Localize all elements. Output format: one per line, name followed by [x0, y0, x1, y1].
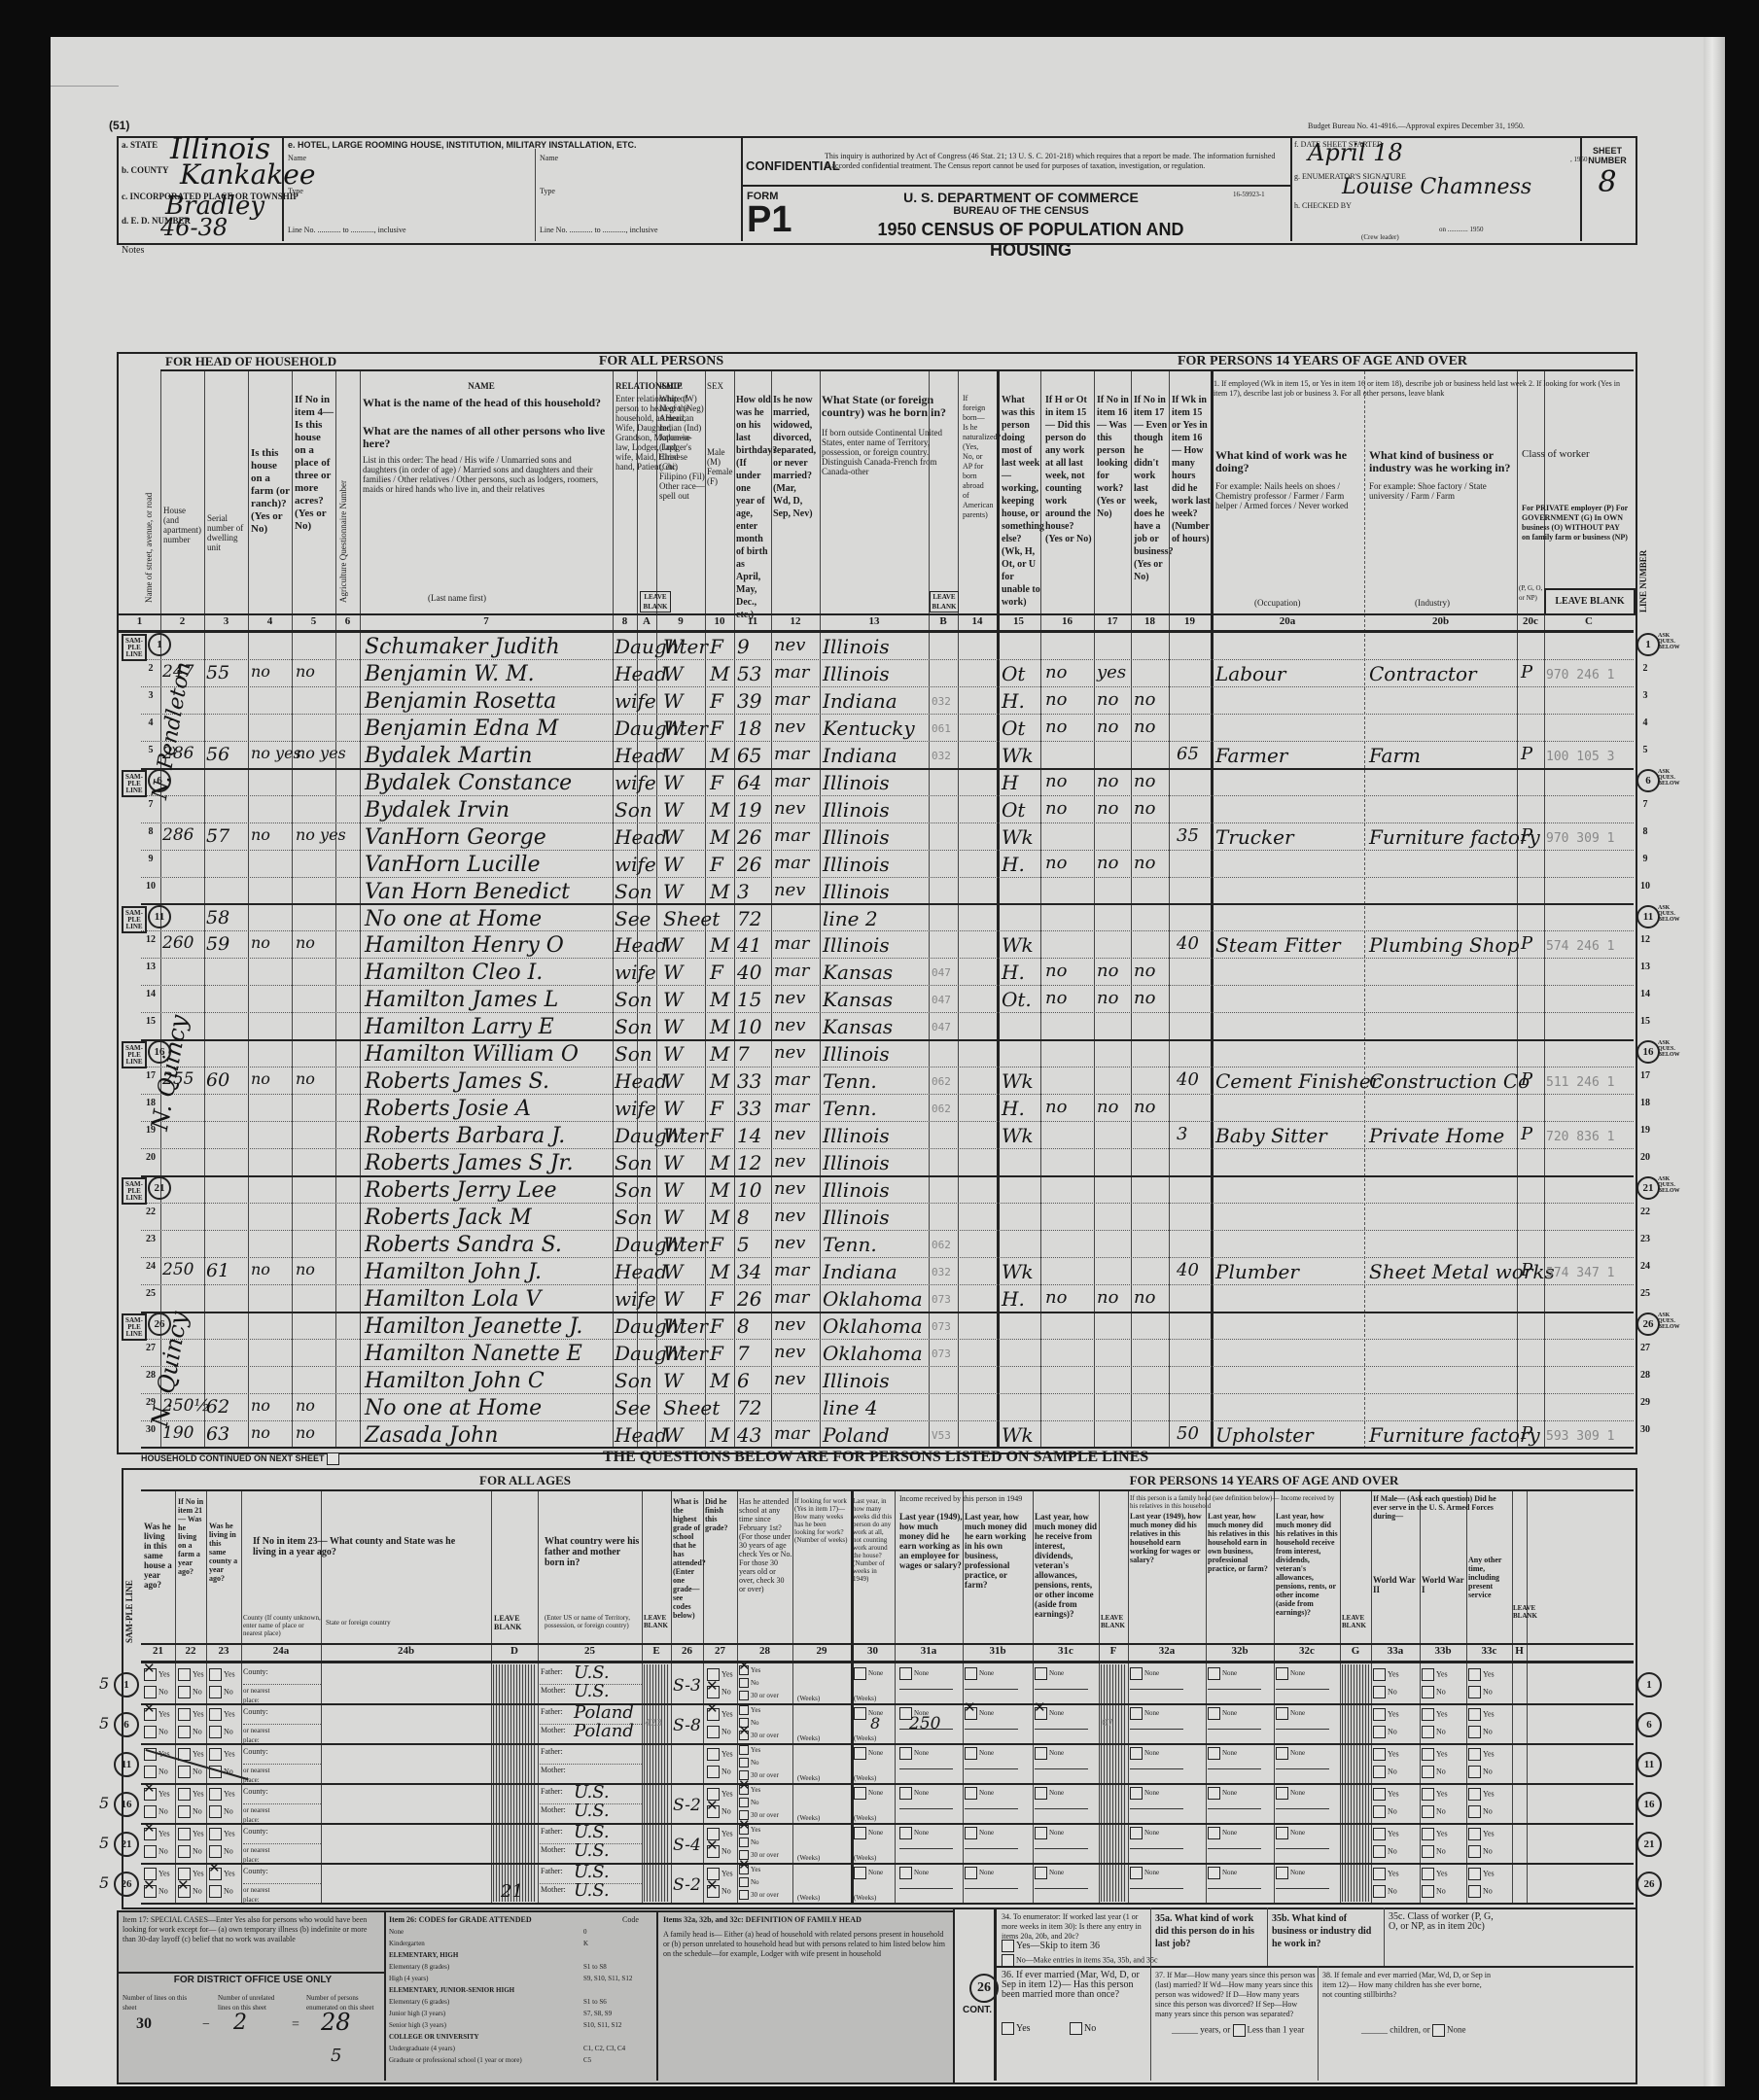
inc31b-none-checkbox[interactable]	[965, 1787, 977, 1800]
finished-yes-checkbox[interactable]	[707, 1708, 720, 1721]
armed-yes-checkbox[interactable]	[1422, 1748, 1434, 1761]
armed-no[interactable]: No	[1422, 1885, 1446, 1898]
attended-yes[interactable]: Yes	[739, 1825, 760, 1835]
i32a-none-checkbox[interactable]	[1130, 1667, 1143, 1680]
q23-no-checkbox[interactable]	[209, 1726, 222, 1738]
attended-yes-checkbox[interactable]	[739, 1705, 749, 1715]
attended-yes-checkbox[interactable]	[739, 1745, 749, 1755]
q21-no[interactable]: No	[144, 1726, 168, 1738]
attended-no-checkbox[interactable]	[739, 1798, 749, 1807]
q22-yes-checkbox[interactable]	[178, 1668, 191, 1681]
attended-yes[interactable]: Yes	[739, 1785, 760, 1795]
i32a-none[interactable]: None	[1130, 1667, 1159, 1680]
inc31c-none-checkbox[interactable]	[1035, 1667, 1047, 1680]
weeks-none-checkbox[interactable]	[854, 1827, 866, 1839]
q21-no[interactable]: No	[144, 1845, 168, 1858]
armed-yes[interactable]: Yes	[1468, 1668, 1495, 1681]
i32b-amount-line[interactable]	[1208, 1689, 1261, 1690]
armed-no-checkbox[interactable]	[1468, 1885, 1481, 1898]
q22-no[interactable]: No	[178, 1805, 202, 1818]
armed-yes[interactable]: Yes	[1422, 1708, 1448, 1721]
i32b-none[interactable]: None	[1208, 1707, 1237, 1720]
weeks-none[interactable]: None	[854, 1787, 883, 1800]
i32c-none-checkbox[interactable]	[1276, 1867, 1288, 1879]
finished-no[interactable]: No	[707, 1686, 731, 1698]
q22-yes-checkbox[interactable]	[178, 1788, 191, 1801]
armed-yes[interactable]: Yes	[1373, 1748, 1399, 1761]
armed-yes[interactable]: Yes	[1468, 1748, 1495, 1761]
armed-no[interactable]: No	[1422, 1805, 1446, 1818]
i32a-amount-line[interactable]	[1130, 1729, 1183, 1730]
armed-no-checkbox[interactable]	[1422, 1686, 1434, 1698]
i32c-amount-line[interactable]	[1276, 1729, 1329, 1730]
q23-yes-checkbox[interactable]	[209, 1708, 222, 1721]
armed-yes[interactable]: Yes	[1422, 1748, 1448, 1761]
inc31b-amount-line[interactable]	[965, 1848, 1018, 1849]
q23-yes[interactable]: Yes	[209, 1668, 235, 1681]
inc31c-none[interactable]: None	[1035, 1667, 1064, 1680]
weeks-none[interactable]: None	[854, 1747, 883, 1760]
armed-yes-checkbox[interactable]	[1468, 1708, 1481, 1721]
inc31c-none[interactable]: None	[1035, 1867, 1064, 1879]
weeks-none-checkbox[interactable]	[854, 1787, 866, 1800]
i32a-none-checkbox[interactable]	[1130, 1867, 1143, 1879]
weeks-none[interactable]: None	[854, 1867, 883, 1879]
inc31b-none-checkbox[interactable]	[965, 1667, 977, 1680]
inc31c-none-checkbox[interactable]	[1035, 1827, 1047, 1839]
armed-yes-checkbox[interactable]	[1422, 1708, 1434, 1721]
i32a-none[interactable]: None	[1130, 1787, 1159, 1800]
q23-no-checkbox[interactable]	[209, 1845, 222, 1858]
finished-no[interactable]: No	[707, 1726, 731, 1738]
armed-yes-checkbox[interactable]	[1373, 1708, 1386, 1721]
q22-yes-checkbox[interactable]	[178, 1708, 191, 1721]
inc31a-none-checkbox[interactable]	[899, 1667, 912, 1680]
q21-no[interactable]: No	[144, 1686, 168, 1698]
q22-no[interactable]: No	[178, 1885, 202, 1898]
armed-no[interactable]: No	[1468, 1766, 1493, 1778]
armed-yes[interactable]: Yes	[1468, 1788, 1495, 1801]
armed-no[interactable]: No	[1373, 1885, 1397, 1898]
armed-no-checkbox[interactable]	[1422, 1805, 1434, 1818]
q23-yes[interactable]: Yes	[209, 1868, 235, 1880]
inc31a-amount-line[interactable]	[899, 1768, 953, 1769]
q22-yes-checkbox[interactable]	[178, 1828, 191, 1840]
inc31b-amount-line[interactable]	[965, 1689, 1018, 1690]
armed-no-checkbox[interactable]	[1468, 1805, 1481, 1818]
q23-yes-checkbox[interactable]	[209, 1788, 222, 1801]
inc31c-none[interactable]: None	[1035, 1707, 1064, 1720]
armed-no[interactable]: No	[1468, 1726, 1493, 1738]
i32b-amount-line[interactable]	[1208, 1729, 1261, 1730]
armed-no[interactable]: No	[1422, 1686, 1446, 1698]
inc31c-none-checkbox[interactable]	[1035, 1747, 1047, 1760]
inc31a-none-checkbox[interactable]	[899, 1827, 912, 1839]
inc31b-none[interactable]: None	[965, 1867, 994, 1879]
attended-over30[interactable]: 30 or over	[739, 1731, 779, 1740]
q22-yes[interactable]: Yes	[178, 1668, 204, 1681]
inc31a-none-checkbox[interactable]	[899, 1787, 912, 1800]
q23-yes-checkbox[interactable]	[209, 1868, 222, 1880]
armed-yes[interactable]: Yes	[1373, 1788, 1399, 1801]
finished-no-checkbox[interactable]	[707, 1885, 720, 1898]
household-continued-checkbox[interactable]	[327, 1452, 339, 1465]
attended-no-checkbox[interactable]	[739, 1837, 749, 1847]
i32b-amount-line[interactable]	[1208, 1848, 1261, 1849]
finished-no-checkbox[interactable]	[707, 1845, 720, 1858]
finished-no[interactable]: No	[707, 1766, 731, 1778]
i32a-none-checkbox[interactable]	[1130, 1827, 1143, 1839]
q21-yes-checkbox[interactable]	[144, 1788, 157, 1801]
finished-no-checkbox[interactable]	[707, 1805, 720, 1818]
weeks-none-checkbox[interactable]	[854, 1707, 866, 1720]
armed-yes[interactable]: Yes	[1373, 1708, 1399, 1721]
inc31c-none-checkbox[interactable]	[1035, 1787, 1047, 1800]
armed-yes[interactable]: Yes	[1422, 1788, 1448, 1801]
i32a-none-checkbox[interactable]	[1130, 1707, 1143, 1720]
q23-yes[interactable]: Yes	[209, 1788, 235, 1801]
weeks-none-checkbox[interactable]	[854, 1867, 866, 1879]
inc31b-amount-line[interactable]	[965, 1888, 1018, 1889]
i32a-amount-line[interactable]	[1130, 1689, 1183, 1690]
inc31c-amount-line[interactable]	[1035, 1729, 1088, 1730]
q37-less-checkbox[interactable]	[1233, 2024, 1246, 2037]
inc31b-none-checkbox[interactable]	[965, 1867, 977, 1879]
i32a-none[interactable]: None	[1130, 1867, 1159, 1879]
q37-years-field[interactable]: ______ years, or	[1172, 2025, 1230, 2035]
attended-no[interactable]: No	[739, 1877, 759, 1887]
inc31b-none-checkbox[interactable]	[965, 1747, 977, 1760]
q21-no-checkbox[interactable]	[144, 1726, 157, 1738]
armed-yes[interactable]: Yes	[1422, 1868, 1448, 1880]
inc31c-none[interactable]: None	[1035, 1827, 1064, 1839]
i32c-none[interactable]: None	[1276, 1667, 1305, 1680]
inc31b-none-checkbox[interactable]	[965, 1707, 977, 1720]
q23-yes-checkbox[interactable]	[209, 1828, 222, 1840]
q23-yes-checkbox[interactable]	[209, 1748, 222, 1761]
attended-over30[interactable]: 30 or over	[739, 1691, 779, 1700]
armed-no[interactable]: No	[1373, 1726, 1397, 1738]
i32b-none[interactable]: None	[1208, 1747, 1237, 1760]
armed-yes-checkbox[interactable]	[1422, 1868, 1434, 1880]
weeks-none-checkbox[interactable]	[854, 1747, 866, 1760]
i32c-amount-line[interactable]	[1276, 1808, 1329, 1809]
attended-no[interactable]: No	[739, 1837, 759, 1847]
i32b-none-checkbox[interactable]	[1208, 1707, 1220, 1720]
attended-no[interactable]: No	[739, 1758, 759, 1767]
inc31b-amount-line[interactable]	[965, 1808, 1018, 1809]
armed-no-checkbox[interactable]	[1468, 1845, 1481, 1858]
armed-no[interactable]: No	[1422, 1766, 1446, 1778]
q23-no-checkbox[interactable]	[209, 1805, 222, 1818]
armed-no-checkbox[interactable]	[1422, 1845, 1434, 1858]
armed-no-checkbox[interactable]	[1468, 1726, 1481, 1738]
q38-answer[interactable]: ______ children, or None	[1361, 2024, 1465, 2037]
armed-no-checkbox[interactable]	[1422, 1885, 1434, 1898]
attended-yes[interactable]: Yes	[739, 1705, 760, 1715]
inc31a-none[interactable]: None	[899, 1747, 929, 1760]
finished-yes[interactable]: Yes	[707, 1708, 733, 1721]
armed-no[interactable]: No	[1468, 1686, 1493, 1698]
inc31c-amount-line[interactable]	[1035, 1888, 1088, 1889]
q21-yes-checkbox[interactable]	[144, 1708, 157, 1721]
inc31a-amount-line[interactable]	[899, 1808, 953, 1809]
finished-no[interactable]: No	[707, 1805, 731, 1818]
armed-yes[interactable]: Yes	[1422, 1828, 1448, 1840]
armed-no[interactable]: No	[1373, 1845, 1397, 1858]
i32a-amount-line[interactable]	[1130, 1808, 1183, 1809]
inc31b-amount-line[interactable]	[965, 1768, 1018, 1769]
armed-yes-checkbox[interactable]	[1468, 1748, 1481, 1761]
armed-no[interactable]: No	[1373, 1686, 1397, 1698]
armed-yes-checkbox[interactable]	[1373, 1828, 1386, 1840]
q23-no[interactable]: No	[209, 1845, 233, 1858]
armed-no[interactable]: No	[1373, 1766, 1397, 1778]
i32b-amount-line[interactable]	[1208, 1768, 1261, 1769]
armed-no-checkbox[interactable]	[1373, 1726, 1386, 1738]
i32b-none[interactable]: None	[1208, 1667, 1237, 1680]
finished-no[interactable]: No	[707, 1885, 731, 1898]
i32c-amount-line[interactable]	[1276, 1848, 1329, 1849]
q21-no-checkbox[interactable]	[144, 1845, 157, 1858]
armed-no[interactable]: No	[1373, 1805, 1397, 1818]
attended-yes-checkbox[interactable]	[739, 1785, 749, 1795]
armed-yes[interactable]: Yes	[1468, 1708, 1495, 1721]
q22-no-checkbox[interactable]	[178, 1726, 191, 1738]
q21-no-checkbox[interactable]	[144, 1766, 157, 1778]
q21-yes[interactable]: Yes	[144, 1788, 170, 1801]
armed-no-checkbox[interactable]	[1468, 1766, 1481, 1778]
i32a-none[interactable]: None	[1130, 1707, 1159, 1720]
armed-no-checkbox[interactable]	[1373, 1766, 1386, 1778]
q22-no-checkbox[interactable]	[178, 1766, 191, 1778]
inc31c-amount-line[interactable]	[1035, 1848, 1088, 1849]
inc31c-none[interactable]: None	[1035, 1747, 1064, 1760]
inc31a-amount-line[interactable]	[899, 1848, 953, 1849]
i32a-amount-line[interactable]	[1130, 1888, 1183, 1889]
attended-over30-checkbox[interactable]	[739, 1691, 749, 1700]
attended-over30-checkbox[interactable]	[739, 1731, 749, 1740]
armed-no-checkbox[interactable]	[1373, 1885, 1386, 1898]
attended-no-checkbox[interactable]	[739, 1758, 749, 1767]
q21-no[interactable]: No	[144, 1805, 168, 1818]
i32b-none-checkbox[interactable]	[1208, 1827, 1220, 1839]
q21-yes[interactable]: Yes	[144, 1708, 170, 1721]
q22-yes[interactable]: Yes	[178, 1708, 204, 1721]
attended-yes-checkbox[interactable]	[739, 1665, 749, 1675]
i32a-amount-line[interactable]	[1130, 1768, 1183, 1769]
inc31a-none[interactable]: None	[899, 1787, 929, 1800]
attended-over30[interactable]: 30 or over	[739, 1890, 779, 1900]
q21-no-checkbox[interactable]	[144, 1805, 157, 1818]
q22-no[interactable]: No	[178, 1686, 202, 1698]
inc31c-none-checkbox[interactable]	[1035, 1867, 1047, 1879]
i32b-none-checkbox[interactable]	[1208, 1867, 1220, 1879]
armed-yes[interactable]: Yes	[1468, 1828, 1495, 1840]
attended-no-checkbox[interactable]	[739, 1678, 749, 1688]
inc31a-none-checkbox[interactable]	[899, 1747, 912, 1760]
i32c-amount-line[interactable]	[1276, 1689, 1329, 1690]
i32b-none-checkbox[interactable]	[1208, 1747, 1220, 1760]
i32c-none-checkbox[interactable]	[1276, 1747, 1288, 1760]
i32b-amount-line[interactable]	[1208, 1888, 1261, 1889]
i32a-none-checkbox[interactable]	[1130, 1747, 1143, 1760]
attended-no[interactable]: No	[739, 1798, 759, 1807]
q22-no-checkbox[interactable]	[178, 1845, 191, 1858]
q23-no-checkbox[interactable]	[209, 1686, 222, 1698]
q21-no-checkbox[interactable]	[144, 1686, 157, 1698]
i32c-none-checkbox[interactable]	[1276, 1827, 1288, 1839]
q23-no[interactable]: No	[209, 1726, 233, 1738]
weeks-none-checkbox[interactable]	[854, 1667, 866, 1680]
armed-yes-checkbox[interactable]	[1373, 1868, 1386, 1880]
inc31b-none-checkbox[interactable]	[965, 1827, 977, 1839]
q23-yes[interactable]: Yes	[209, 1828, 235, 1840]
i32c-amount-line[interactable]	[1276, 1888, 1329, 1889]
finished-yes-checkbox[interactable]	[707, 1748, 720, 1761]
q23-no[interactable]: No	[209, 1885, 233, 1898]
q38-none-checkbox[interactable]	[1432, 2024, 1445, 2037]
q22-no[interactable]: No	[178, 1726, 202, 1738]
q37-answer[interactable]: ______ years, or Less than 1 year	[1172, 2024, 1304, 2037]
i32c-amount-line[interactable]	[1276, 1768, 1329, 1769]
finished-yes[interactable]: Yes	[707, 1748, 733, 1761]
q23-yes-checkbox[interactable]	[209, 1668, 222, 1681]
q21-yes[interactable]: Yes	[144, 1668, 170, 1681]
attended-no-checkbox[interactable]	[739, 1877, 749, 1887]
q22-no[interactable]: No	[178, 1766, 202, 1778]
i32b-none[interactable]: None	[1208, 1827, 1237, 1839]
inc31a-amount-line[interactable]	[899, 1689, 953, 1690]
q34-yes-checkbox[interactable]	[1002, 1940, 1014, 1952]
armed-yes-checkbox[interactable]	[1422, 1828, 1434, 1840]
armed-yes-checkbox[interactable]	[1422, 1668, 1434, 1681]
q22-no-checkbox[interactable]	[178, 1686, 191, 1698]
i32b-none-checkbox[interactable]	[1208, 1787, 1220, 1800]
i32a-none[interactable]: None	[1130, 1827, 1159, 1839]
i32b-none-checkbox[interactable]	[1208, 1667, 1220, 1680]
q38-children-field[interactable]: ______ children, or	[1361, 2025, 1430, 2035]
attended-yes-checkbox[interactable]	[739, 1865, 749, 1874]
armed-yes[interactable]: Yes	[1422, 1668, 1448, 1681]
armed-yes-checkbox[interactable]	[1422, 1788, 1434, 1801]
q36-yes-option[interactable]: Yes	[1002, 2022, 1031, 2035]
armed-no-checkbox[interactable]	[1373, 1845, 1386, 1858]
inc31a-amount-line[interactable]	[899, 1888, 953, 1889]
armed-no[interactable]: No	[1468, 1845, 1493, 1858]
q22-yes[interactable]: Yes	[178, 1828, 204, 1840]
finished-no-checkbox[interactable]	[707, 1686, 720, 1698]
q23-no-checkbox[interactable]	[209, 1885, 222, 1898]
i32c-none[interactable]: None	[1276, 1707, 1305, 1720]
q21-no[interactable]: No	[144, 1766, 168, 1778]
q36-no-checkbox[interactable]	[1070, 2022, 1082, 2035]
inc31a-none[interactable]: None	[899, 1667, 929, 1680]
inc31b-amount-line[interactable]	[965, 1729, 1018, 1730]
attended-yes[interactable]: Yes	[739, 1865, 760, 1874]
armed-yes-checkbox[interactable]	[1468, 1868, 1481, 1880]
inc31b-none[interactable]: None	[965, 1707, 994, 1720]
i32a-none[interactable]: None	[1130, 1747, 1159, 1760]
inc31b-none[interactable]: None	[965, 1747, 994, 1760]
armed-no[interactable]: No	[1468, 1885, 1493, 1898]
q21-yes-checkbox[interactable]	[144, 1828, 157, 1840]
i32c-none-checkbox[interactable]	[1276, 1707, 1288, 1720]
inc31b-none[interactable]: None	[965, 1667, 994, 1680]
q21-no[interactable]: No	[144, 1885, 168, 1898]
q23-no[interactable]: No	[209, 1686, 233, 1698]
q23-no[interactable]: No	[209, 1805, 233, 1818]
attended-over30-checkbox[interactable]	[739, 1890, 749, 1900]
q22-no-checkbox[interactable]	[178, 1885, 191, 1898]
q22-yes[interactable]: Yes	[178, 1788, 204, 1801]
armed-no-checkbox[interactable]	[1468, 1686, 1481, 1698]
armed-no-checkbox[interactable]	[1422, 1726, 1434, 1738]
inc31a-none[interactable]: None	[899, 1867, 929, 1879]
finished-no[interactable]: No	[707, 1845, 731, 1858]
finished-no-checkbox[interactable]	[707, 1766, 720, 1778]
armed-yes-checkbox[interactable]	[1468, 1828, 1481, 1840]
q23-yes[interactable]: Yes	[209, 1748, 235, 1761]
armed-yes-checkbox[interactable]	[1373, 1788, 1386, 1801]
attended-yes[interactable]: Yes	[739, 1745, 760, 1755]
i32c-none[interactable]: None	[1276, 1827, 1305, 1839]
q22-no-checkbox[interactable]	[178, 1805, 191, 1818]
q21-yes-checkbox[interactable]	[144, 1668, 157, 1681]
armed-yes[interactable]: Yes	[1373, 1868, 1399, 1880]
attended-yes[interactable]: Yes	[739, 1665, 760, 1675]
i32a-none-checkbox[interactable]	[1130, 1787, 1143, 1800]
q21-no-checkbox[interactable]	[144, 1885, 157, 1898]
i32c-none-checkbox[interactable]	[1276, 1667, 1288, 1680]
inc31c-none[interactable]: None	[1035, 1787, 1064, 1800]
weeks-none[interactable]: None	[854, 1667, 883, 1680]
q34-yes-option[interactable]: Yes—Skip to item 36	[1002, 1940, 1100, 1952]
armed-yes-checkbox[interactable]	[1373, 1748, 1386, 1761]
armed-yes-checkbox[interactable]	[1468, 1788, 1481, 1801]
attended-yes-checkbox[interactable]	[739, 1825, 749, 1835]
i32a-amount-line[interactable]	[1130, 1848, 1183, 1849]
inc31b-none[interactable]: None	[965, 1827, 994, 1839]
household-continued[interactable]: HOUSEHOLD CONTINUED ON NEXT SHEET	[141, 1452, 341, 1465]
inc31c-amount-line[interactable]	[1035, 1689, 1088, 1690]
armed-yes-checkbox[interactable]	[1468, 1668, 1481, 1681]
weeks-none[interactable]: None	[854, 1827, 883, 1839]
i32c-none-checkbox[interactable]	[1276, 1787, 1288, 1800]
attended-no[interactable]: No	[739, 1678, 759, 1688]
armed-yes[interactable]: Yes	[1373, 1828, 1399, 1840]
q36-yes-checkbox[interactable]	[1002, 2022, 1014, 2035]
inc31b-none[interactable]: None	[965, 1787, 994, 1800]
i32c-none[interactable]: None	[1276, 1867, 1305, 1879]
q22-no[interactable]: No	[178, 1845, 202, 1858]
i32b-none[interactable]: None	[1208, 1787, 1237, 1800]
q21-yes[interactable]: Yes	[144, 1828, 170, 1840]
armed-no-checkbox[interactable]	[1422, 1766, 1434, 1778]
inc31c-none-checkbox[interactable]	[1035, 1707, 1047, 1720]
armed-yes[interactable]: Yes	[1468, 1868, 1495, 1880]
armed-no[interactable]: No	[1422, 1845, 1446, 1858]
inc31a-none-checkbox[interactable]	[899, 1867, 912, 1879]
q36-no-option[interactable]: No	[1070, 2022, 1096, 2035]
armed-no[interactable]: No	[1468, 1805, 1493, 1818]
inc31c-amount-line[interactable]	[1035, 1768, 1088, 1769]
armed-yes[interactable]: Yes	[1373, 1668, 1399, 1681]
armed-no-checkbox[interactable]	[1373, 1805, 1386, 1818]
q23-yes[interactable]: Yes	[209, 1708, 235, 1721]
armed-no-checkbox[interactable]	[1373, 1686, 1386, 1698]
armed-yes-checkbox[interactable]	[1373, 1668, 1386, 1681]
